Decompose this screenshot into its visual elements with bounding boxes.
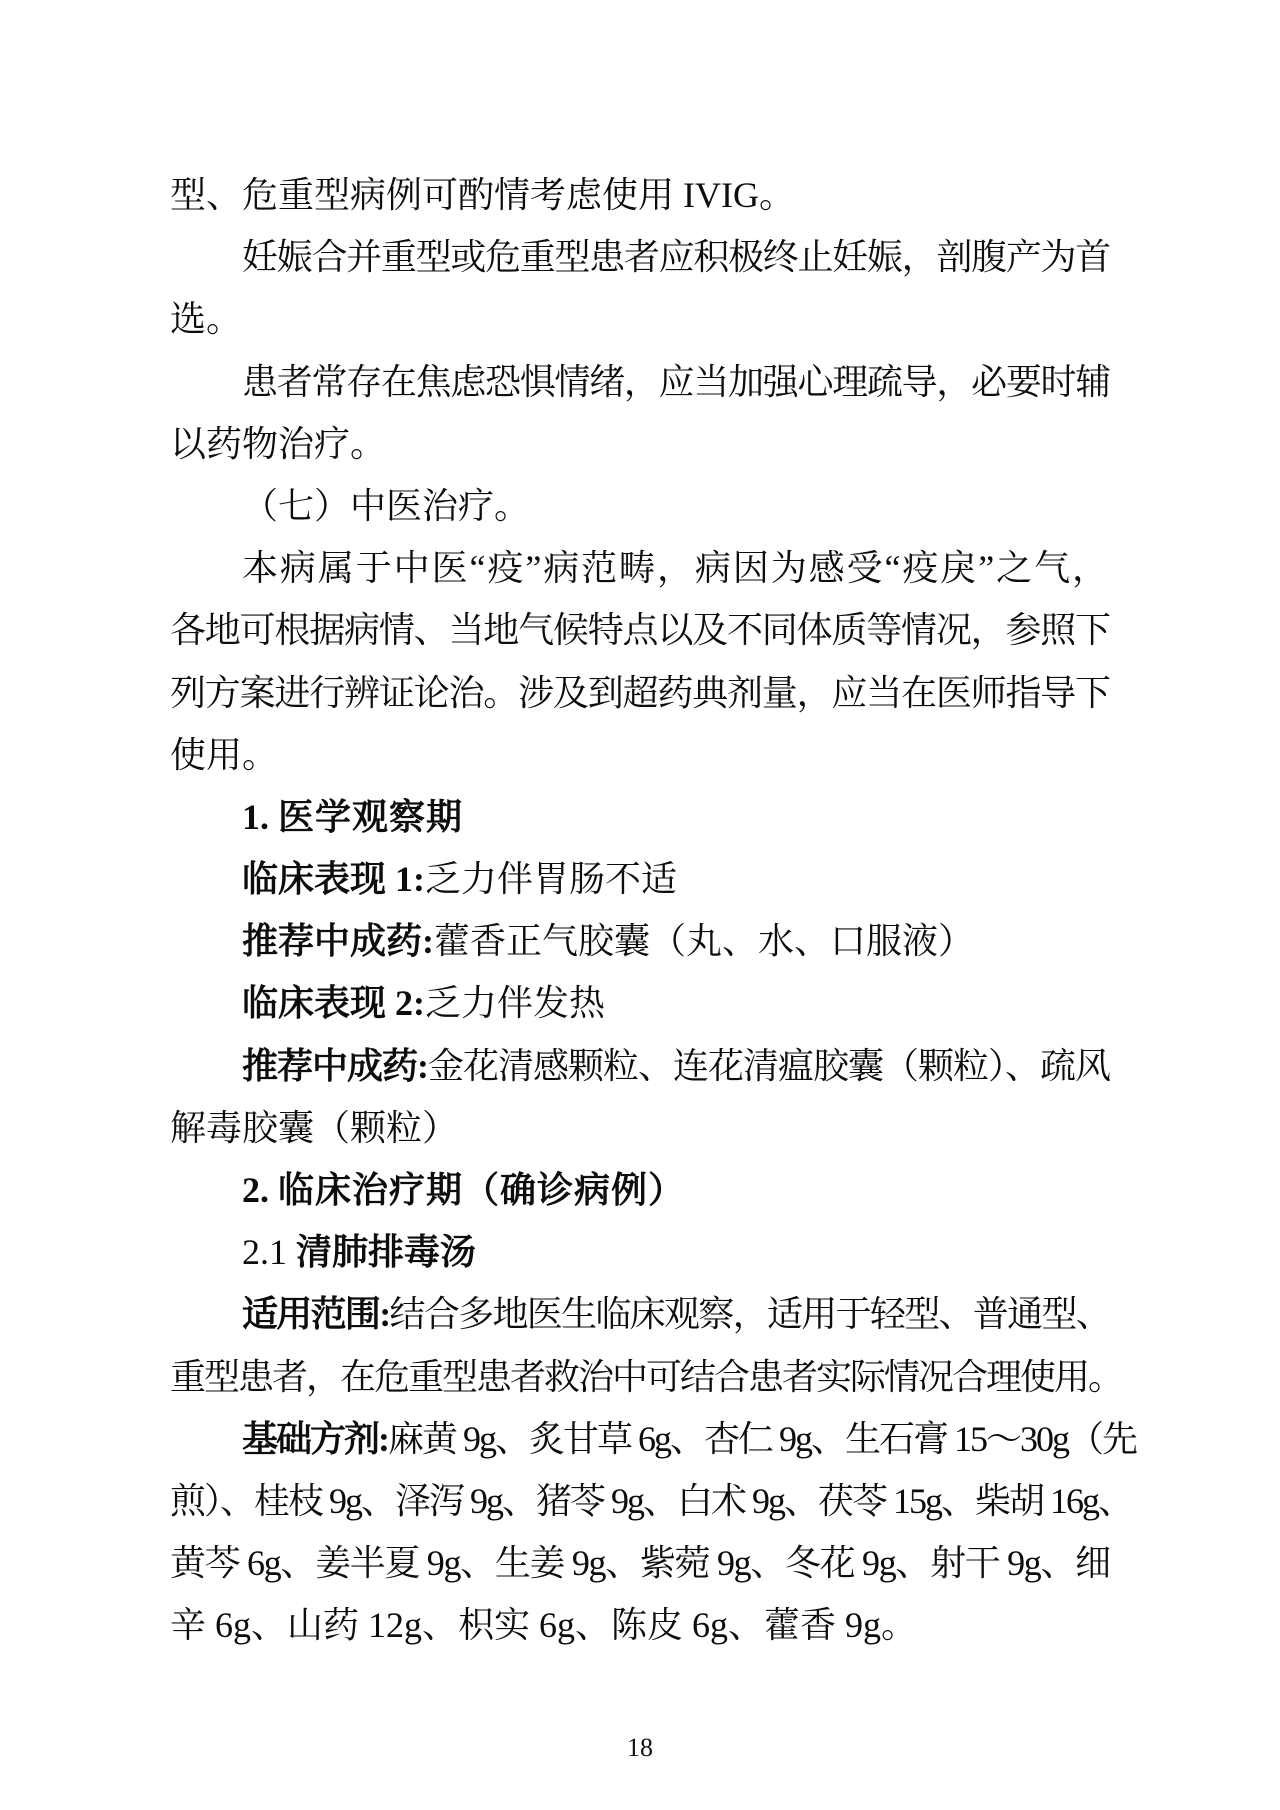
recommended-medicine-2: 推荐中成药:金花清感颗粒、连花清瘟胶囊（颗粒）、疏风 bbox=[170, 1035, 1110, 1097]
line-text: 乏力伴发热 bbox=[425, 983, 605, 1023]
line-content: 基础方剂:麻黄 9g、炙甘草 6g、杏仁 9g、生石膏 15～30g（先 bbox=[242, 1408, 1136, 1470]
line-label: 临床表现 1: bbox=[242, 859, 425, 899]
line-content: 解毒胶囊（颗粒） bbox=[170, 1097, 458, 1159]
line-text: 医学观察期 bbox=[278, 797, 463, 838]
subsection-heading-2-1: 2.1 清肺排毒汤 bbox=[170, 1221, 1110, 1283]
recommended-medicine-1: 推荐中成药:藿香正气胶囊（丸、水、口服液） bbox=[170, 910, 1110, 972]
line-content: 重型患者，在危重型患者救治中可结合患者实际情况合理使用。 bbox=[170, 1346, 1122, 1408]
line-label: 适用范围: bbox=[242, 1294, 390, 1334]
line-text: 金花清感颗粒、连花清瘟胶囊（颗粒）、疏风 bbox=[428, 1046, 1110, 1086]
line-text: 选。 bbox=[170, 299, 242, 339]
line-content: 型、危重型病例可酌情考虑使用 IVIG。 bbox=[170, 164, 795, 226]
line-text: 2. bbox=[242, 1170, 278, 1210]
paragraph-pregnancy-tail: 选。 bbox=[170, 288, 1110, 350]
line-text: 列方案进行辨证论治。涉及到超药典剂量，应当在医师指导下 bbox=[170, 673, 1110, 713]
line-text: 黄芩 6g、姜半夏 9g、生姜 9g、紫菀 9g、冬花 9g、射干 9g、细 bbox=[170, 1543, 1110, 1583]
line-label: 推荐中成药: bbox=[242, 921, 434, 961]
line-text: 重型患者，在危重型患者救治中可结合患者实际情况合理使用。 bbox=[170, 1357, 1122, 1397]
line-content: 各地可根据病情、当地气候特点以及不同体质等情况，参照下 bbox=[170, 599, 1110, 661]
line-content: 辛 6g、山药 12g、枳实 6g、陈皮 6g、藿香 9g。 bbox=[170, 1594, 917, 1656]
paragraph-tcm-intro-3: 列方案进行辨证论治。涉及到超药典剂量，应当在医师指导下 bbox=[170, 662, 1110, 724]
line-text: （七）中医治疗。 bbox=[242, 486, 530, 526]
line-label: 临床表现 2: bbox=[242, 983, 425, 1023]
section-heading-1: 1. 医学观察期 bbox=[170, 786, 1110, 848]
applicable-scope: 适用范围:结合多地医生临床观察，适用于轻型、普通型、 bbox=[170, 1283, 1110, 1345]
line-content: 1. 医学观察期 bbox=[242, 786, 463, 849]
line-content: 本病属于中医“疫”病范畴，病因为感受“疫戾”之气， bbox=[242, 537, 1110, 599]
line-content: 推荐中成药:藿香正气胶囊（丸、水、口服液） bbox=[242, 910, 974, 972]
clinical-presentation-1: 临床表现 1:乏力伴胃肠不适 bbox=[170, 848, 1110, 910]
line-text: 乏力伴胃肠不适 bbox=[425, 859, 677, 899]
recommended-medicine-2-tail: 解毒胶囊（颗粒） bbox=[170, 1097, 1110, 1159]
line-content: 患者常存在焦虑恐惧情绪，应当加强心理疏导，必要时辅 bbox=[242, 351, 1110, 413]
paragraph-psychology: 患者常存在焦虑恐惧情绪，应当加强心理疏导，必要时辅 bbox=[170, 351, 1110, 413]
paragraph-pregnancy: 妊娠合并重型或危重型患者应积极终止妊娠，剖腹产为首 bbox=[170, 226, 1110, 288]
base-formula: 基础方剂:麻黄 9g、炙甘草 6g、杏仁 9g、生石膏 15～30g（先 bbox=[170, 1408, 1110, 1470]
line-text: 辛 6g、山药 12g、枳实 6g、陈皮 6g、藿香 9g。 bbox=[170, 1605, 917, 1645]
clinical-presentation-2: 临床表现 2:乏力伴发热 bbox=[170, 972, 1110, 1034]
line-text: 煎）、桂枝 9g、泽泻 9g、猪苓 9g、白术 9g、茯苓 15g、柴胡 16g… bbox=[170, 1481, 1132, 1521]
line-text: 以药物治疗。 bbox=[170, 424, 386, 464]
line-content: 2. 临床治疗期（确诊病例） bbox=[242, 1159, 685, 1222]
line-text: 本病属于中医“疫”病范畴，病因为感受“疫戾”之气， bbox=[242, 548, 1110, 588]
line-text: 1. bbox=[242, 797, 278, 837]
line-content: 黄芩 6g、姜半夏 9g、生姜 9g、紫菀 9g、冬花 9g、射干 9g、细 bbox=[170, 1532, 1110, 1594]
line-content: 临床表现 1:乏力伴胃肠不适 bbox=[242, 848, 677, 910]
line-text: 结合多地医生临床观察，适用于轻型、普通型、 bbox=[390, 1294, 1111, 1334]
document-page: 型、危重型病例可酌情考虑使用 IVIG。妊娠合并重型或危重型患者应积极终止妊娠，… bbox=[0, 0, 1280, 1810]
line-text: 藿香正气胶囊（丸、水、口服液） bbox=[434, 921, 974, 961]
line-text: 临床治疗期（确诊病例） bbox=[278, 1170, 685, 1211]
line-text: 各地可根据病情、当地气候特点以及不同体质等情况，参照下 bbox=[170, 610, 1110, 650]
section-heading-2: 2. 临床治疗期（确诊病例） bbox=[170, 1159, 1110, 1221]
paragraph-tcm-intro-2: 各地可根据病情、当地气候特点以及不同体质等情况，参照下 bbox=[170, 599, 1110, 661]
paragraph-tcm-intro-tail: 使用。 bbox=[170, 724, 1110, 786]
applicable-scope-2: 重型患者，在危重型患者救治中可结合患者实际情况合理使用。 bbox=[170, 1346, 1110, 1408]
line-content: 2.1 清肺排毒汤 bbox=[242, 1221, 476, 1283]
line-text: 妊娠合并重型或危重型患者应积极终止妊娠，剖腹产为首 bbox=[242, 237, 1110, 277]
line-text: 型、危重型病例可酌情考虑使用 IVIG。 bbox=[170, 175, 795, 215]
line-content: 推荐中成药:金花清感颗粒、连花清瘟胶囊（颗粒）、疏风 bbox=[242, 1035, 1110, 1097]
line-label: 推荐中成药: bbox=[242, 1046, 428, 1086]
subsection-seven-heading: （七）中医治疗。 bbox=[170, 475, 1110, 537]
line-content: 妊娠合并重型或危重型患者应积极终止妊娠，剖腹产为首 bbox=[242, 226, 1110, 288]
line-content: 适用范围:结合多地医生临床观察，适用于轻型、普通型、 bbox=[242, 1283, 1110, 1345]
line-content: （七）中医治疗。 bbox=[242, 475, 530, 537]
line-content: 列方案进行辨证论治。涉及到超药典剂量，应当在医师指导下 bbox=[170, 662, 1110, 724]
line-text: 麻黄 9g、炙甘草 6g、杏仁 9g、生石膏 15～30g（先 bbox=[388, 1419, 1136, 1459]
line-text: 患者常存在焦虑恐惧情绪，应当加强心理疏导，必要时辅 bbox=[242, 362, 1110, 402]
paragraph-tcm-intro: 本病属于中医“疫”病范畴，病因为感受“疫戾”之气， bbox=[170, 537, 1110, 599]
line-text: 解毒胶囊（颗粒） bbox=[170, 1108, 458, 1148]
text-block: 型、危重型病例可酌情考虑使用 IVIG。妊娠合并重型或危重型患者应积极终止妊娠，… bbox=[170, 164, 1110, 1657]
line-content: 煎）、桂枝 9g、泽泻 9g、猪苓 9g、白术 9g、茯苓 15g、柴胡 16g… bbox=[170, 1470, 1132, 1532]
line-content: 使用。 bbox=[170, 724, 278, 786]
line-text: 2.1 bbox=[242, 1232, 296, 1272]
line-content: 临床表现 2:乏力伴发热 bbox=[242, 972, 605, 1034]
paragraph-psychology-tail: 以药物治疗。 bbox=[170, 413, 1110, 475]
line-label: 基础方剂: bbox=[242, 1419, 388, 1459]
base-formula-3: 黄芩 6g、姜半夏 9g、生姜 9g、紫菀 9g、冬花 9g、射干 9g、细 bbox=[170, 1532, 1110, 1594]
line-text: 使用。 bbox=[170, 735, 278, 775]
line-text: 清肺排毒汤 bbox=[296, 1232, 476, 1272]
page-number: 18 bbox=[0, 1730, 1280, 1766]
line-content: 以药物治疗。 bbox=[170, 413, 386, 475]
paragraph-tail-ivig: 型、危重型病例可酌情考虑使用 IVIG。 bbox=[170, 164, 1110, 226]
line-content: 选。 bbox=[170, 288, 242, 350]
base-formula-2: 煎）、桂枝 9g、泽泻 9g、猪苓 9g、白术 9g、茯苓 15g、柴胡 16g… bbox=[170, 1470, 1110, 1532]
base-formula-4: 辛 6g、山药 12g、枳实 6g、陈皮 6g、藿香 9g。 bbox=[170, 1594, 1110, 1656]
